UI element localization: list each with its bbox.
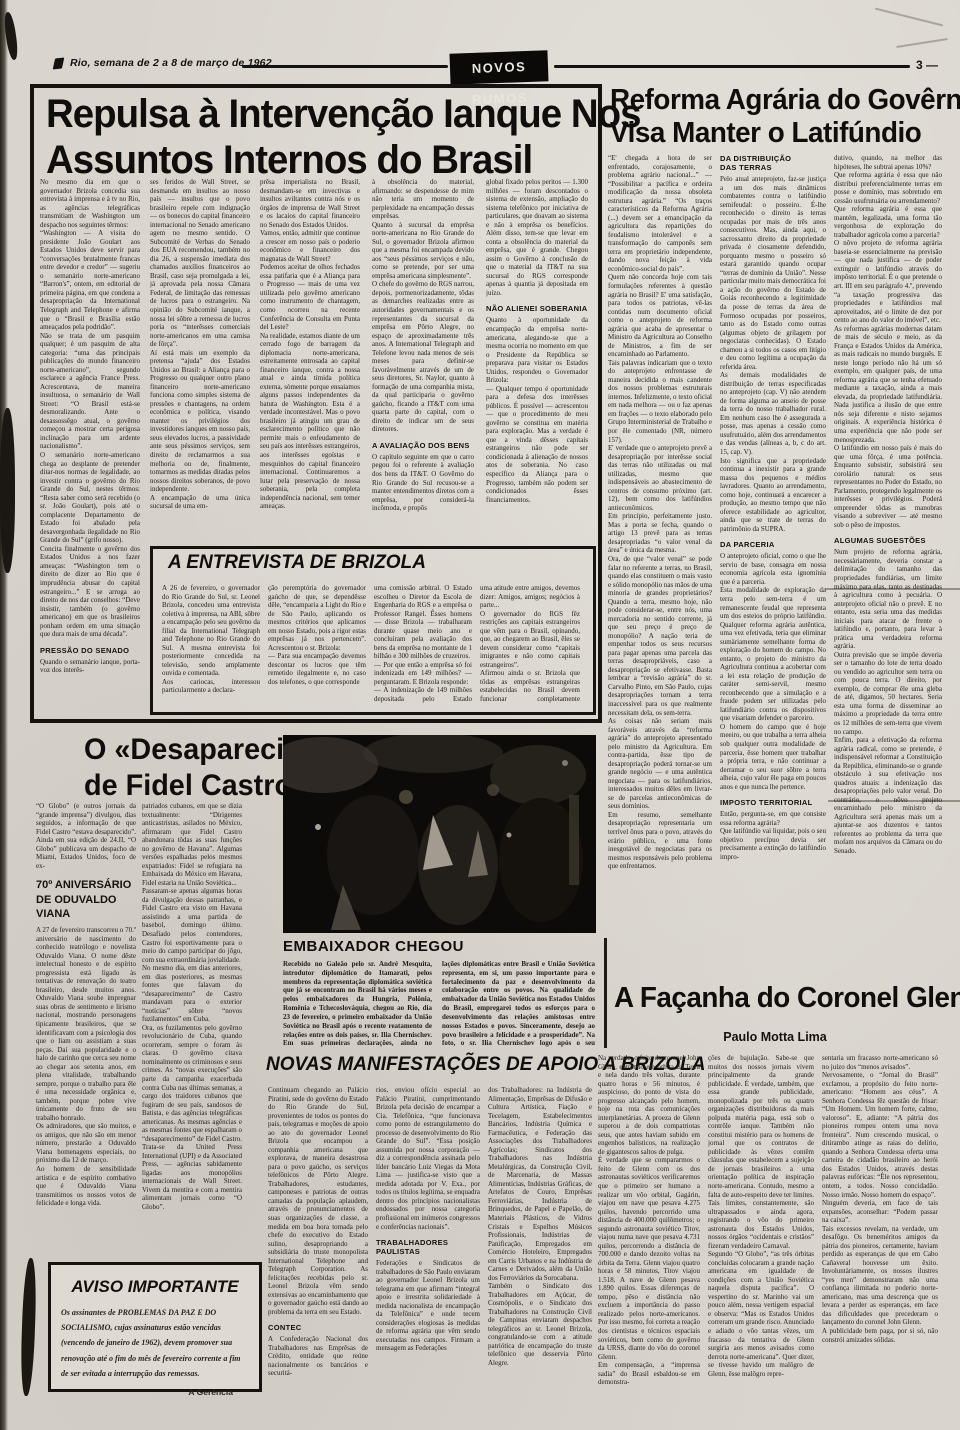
lead-col1-subhead: PRESSÃO DO SENADO bbox=[40, 646, 140, 655]
reforma-col2-text-a: Pelo atual anteprojeto, faz-se justiça a… bbox=[720, 175, 826, 533]
novas-col1-subhead: CONTEC bbox=[268, 1323, 368, 1332]
interview-title: A ENTREVISTA DE BRIZOLA bbox=[168, 552, 426, 574]
aviso-box: AVISO IMPORTANTE Os assinantes de PROBLE… bbox=[48, 1262, 262, 1392]
interview-col1-text: A 26 de fevereiro, o governador do Rio G… bbox=[162, 584, 260, 695]
lead-headline-line1: Repulsa à Intervenção Ianque Nos bbox=[46, 92, 641, 137]
lead-col4-text-a: à obsolência do material, afirmando: se … bbox=[372, 178, 474, 434]
scan-edge-left bbox=[0, 0, 8, 1430]
reforma-col2-text-c: Então, pergunta-se, em que consiste essa… bbox=[720, 810, 826, 861]
lead-column-4: à obsolência do material, afirmando: se … bbox=[372, 178, 474, 540]
newspaper-page: { "colors": { "paper": "#d9d5cd", "ink":… bbox=[0, 0, 960, 1430]
fidel-column-2: patriados cubanos, em que se dizia textu… bbox=[142, 802, 242, 1254]
lead-col2-text: ses feridos de Wall Street, se desmanda … bbox=[150, 178, 250, 511]
lead-col5-text-b: Quanto à oportunidade da encampação da e… bbox=[486, 316, 588, 504]
novas-col2-text-b: Federações e Sindicatos de trabalhadores… bbox=[376, 1259, 480, 1353]
aviso-body: Os assinantes de PROBLEMAS DA PAZ E DO S… bbox=[61, 1305, 249, 1381]
reforma-headline-line1: Reforma Agrária do Govêrno bbox=[610, 84, 960, 117]
glenn-col1-text: Na verdade, o feito do coronel John Glen… bbox=[598, 1054, 700, 1387]
reforma-column-1: “E' chegada a hora de ser enfrentado, co… bbox=[608, 154, 712, 974]
reforma-column-3: dutivo, quando, na melhor das hipóteses,… bbox=[834, 154, 942, 974]
reforma-col3-text-a: dutivo, quando, na melhor das hipóteses,… bbox=[834, 154, 942, 529]
embaixador-caption-title: EMBAIXADOR CHEGOU bbox=[283, 938, 464, 955]
interview-col4-text: uma atitude entre amigos, devemos dizer:… bbox=[480, 584, 580, 704]
embaixador-photo bbox=[283, 735, 596, 933]
lead-col4-text-b: O capítulo seguinte em que o carro pegou… bbox=[372, 453, 474, 513]
page-number: 3 — bbox=[916, 58, 938, 72]
novas-col1-text-a: Continuam chegando ao Palácio Piratini, … bbox=[268, 1086, 368, 1316]
lead-col5-subhead: NÃO ALIENEI SOBERANIA bbox=[486, 304, 588, 313]
reforma-column-2: DA DISTRIBUIÇÃO DAS TERRAS Pelo atual an… bbox=[720, 154, 826, 974]
lead-col1-text-a: No mesmo dia em que o governador Brizola… bbox=[40, 178, 140, 639]
novas-col2-subhead: TRABALHADORES PAULISTAS bbox=[376, 1238, 480, 1256]
interview-column-2: ção peremptória do governador gaúcho de … bbox=[268, 584, 366, 704]
pencil-mark-top-right-1 bbox=[875, 8, 943, 27]
scan-blob-bottom-left bbox=[20, 1258, 38, 1396]
reforma-col3-subhead: ALGUMAS SUGESTÕES bbox=[834, 536, 942, 545]
embaixador-caption-col1-text: Recebido no Galeão pelo sr. André Mesqui… bbox=[283, 960, 432, 1048]
lead-col1-text-b: Quando o semanário ianque, porta-voz dos… bbox=[40, 658, 140, 675]
oduvaldo-title: 70º ANIVERSÁRIO DE ODUVALDO VIANA bbox=[36, 878, 136, 921]
lead-col4-subhead: A AVALIAÇÃO DOS BENS bbox=[372, 441, 474, 450]
fidel-col2-text: patriados cubanos, em que se dizia textu… bbox=[142, 802, 242, 1212]
column-divider-rule bbox=[604, 938, 607, 1048]
oduvaldo-text: A 27 de fevereiro transcorreu o 70.º ani… bbox=[36, 926, 136, 1208]
fidel-col1-intro: “O Globo” (e outros jornais da “grande i… bbox=[36, 802, 136, 870]
reforma-col2-subhead-2: DA PARCERIA bbox=[720, 540, 826, 549]
masthead-rule-right bbox=[554, 65, 910, 68]
novas-column-3: dos Trabalhadores: na Indústria de Alime… bbox=[488, 1086, 592, 1406]
reforma-col3-text-b: Num projeto de reforma agrária, necessàr… bbox=[834, 548, 942, 855]
novas-column-1: Continuam chegando ao Palácio Piratini, … bbox=[268, 1086, 368, 1406]
interview-column-3: uma comissão arbitral. O Estado escolheu… bbox=[374, 584, 472, 704]
glenn-headline: A Façanha do Coronel Glenn bbox=[614, 982, 960, 1015]
glenn-column-3: sentaria um fracasso norte-americano só … bbox=[822, 1054, 938, 1404]
embaixador-caption-col1: Recebido no Galeão pelo sr. André Mesqui… bbox=[283, 960, 432, 1048]
lead-column-1: No mesmo dia em que o governador Brizola… bbox=[40, 178, 140, 712]
reforma-col2-text-b: O anteprojeto oficial, como o que lhe se… bbox=[720, 552, 826, 791]
glenn-column-2: ções de bajulação. Sabe-se que muitos do… bbox=[708, 1054, 814, 1404]
reforma-col2-subhead-1: DA DISTRIBUIÇÃO DAS TERRAS bbox=[720, 154, 826, 172]
fidel-headline-line2: de Fidel Castro bbox=[84, 769, 292, 803]
novas-column-2: rios, enviou ofício especial ao Palácio … bbox=[376, 1086, 480, 1406]
scan-blob-mid-left bbox=[0, 408, 15, 573]
novas-col2-text-a: rios, enviou ofício especial ao Palácio … bbox=[376, 1086, 480, 1231]
lead-col3-text: prêsa imperialista no Brasil, desmandam-… bbox=[260, 178, 360, 511]
lead-col5-text-a: global fixado pelos peritos — 1.300 milh… bbox=[486, 178, 588, 297]
embaixador-caption-col2: lações diplomáticas entre Brasil e União… bbox=[442, 960, 595, 1048]
lead-headline-line2: Assuntos Internos do Brasil bbox=[46, 138, 532, 183]
glenn-col3-text: sentaria um fracasso norte-americano só … bbox=[822, 1054, 938, 1344]
reforma-col2-subhead-3: IMPOSTO TERRITORIAL bbox=[720, 798, 826, 807]
glenn-col2-text: ções de bajulação. Sabe-se que muitos do… bbox=[708, 1054, 814, 1378]
glenn-column-1: Na verdade, o feito do coronel John Glen… bbox=[598, 1054, 700, 1404]
lead-column-2: ses feridos de Wall Street, se desmanda … bbox=[150, 178, 250, 540]
interview-column-4: uma atitude entre amigos, devemos dizer:… bbox=[480, 584, 580, 704]
masthead-logo: NOVOS RUMOS bbox=[449, 50, 548, 84]
lead-column-3: prêsa imperialista no Brasil, desmandam-… bbox=[260, 178, 360, 540]
interview-col3-text: uma comissão arbitral. O Estado escolheu… bbox=[374, 584, 472, 704]
fidel-column-1: “O Globo” (e outros jornais da “grande i… bbox=[36, 802, 136, 1254]
interview-column-1: A 26 de fevereiro, o governador do Rio G… bbox=[162, 584, 260, 704]
aviso-title: AVISO IMPORTANTE bbox=[51, 1277, 259, 1297]
interview-col2-text: ção peremptória do governador gaúcho de … bbox=[268, 584, 366, 686]
novas-col1-text-b: A Confederação Nacional dos Trabalhadore… bbox=[268, 1335, 368, 1378]
novas-col3-text: dos Trabalhadores: na Indústria de Alime… bbox=[488, 1086, 592, 1368]
lead-column-5: global fixado pelos peritos — 1.300 milh… bbox=[486, 178, 588, 540]
glenn-byline: Paulo Motta Lima bbox=[690, 1030, 860, 1044]
reforma-col1-text: “E' chegada a hora de ser enfrentado, co… bbox=[608, 154, 712, 871]
embaixador-caption-col2-text: lações diplomáticas entre Brasil e União… bbox=[442, 960, 595, 1048]
masthead-rule-left bbox=[242, 65, 448, 68]
masthead-dingbat-icon bbox=[53, 58, 65, 70]
reforma-headline-line2: Visa Manter o Latifúndio bbox=[610, 117, 921, 150]
pencil-mark-top-right-2 bbox=[896, 38, 948, 48]
aviso-signature: A Gerência bbox=[51, 1387, 233, 1397]
